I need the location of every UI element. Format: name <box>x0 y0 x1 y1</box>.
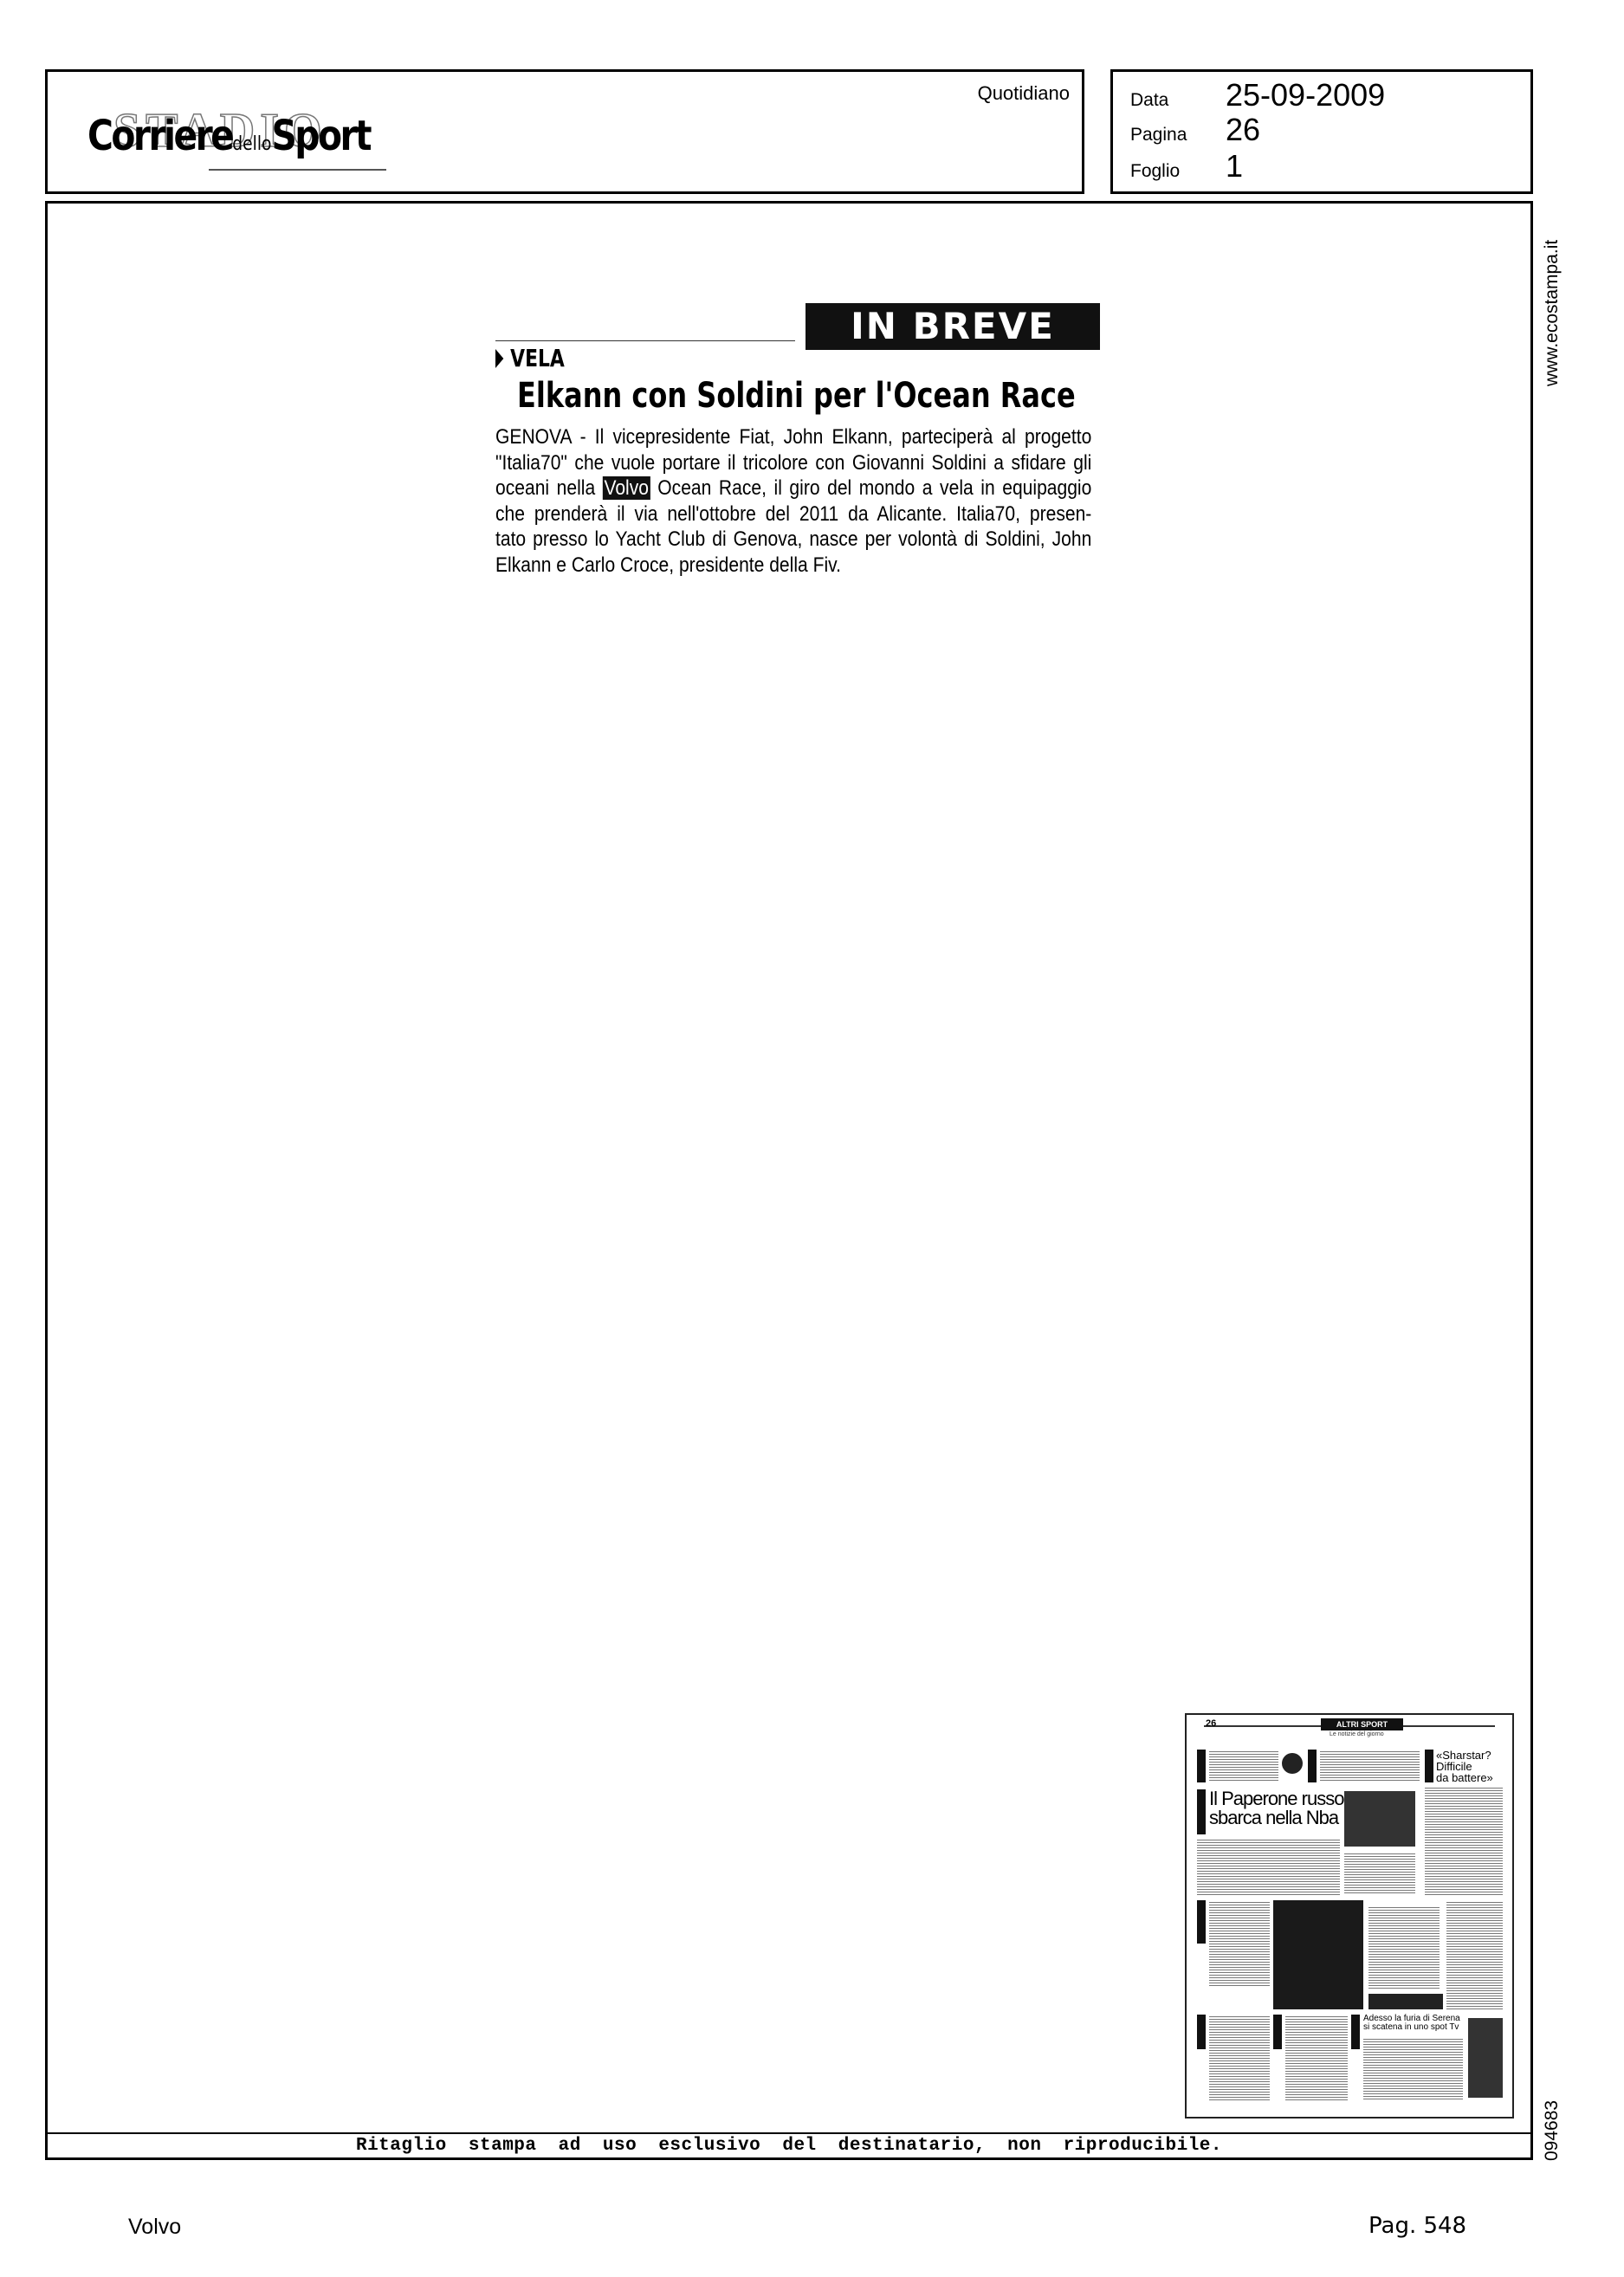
meta-row-pagina: Pagina 26 <box>1130 112 1260 148</box>
thumb-headline-line: Il Paperone russo <box>1209 1789 1343 1808</box>
thumb-tag <box>1308 1750 1317 1782</box>
article-headline: Elkann con Soldini per l'Ocean Race <box>517 376 1076 416</box>
thumb-text-block <box>1209 1750 1278 1782</box>
side-code-text: 094683 <box>1542 2100 1563 2161</box>
footer-divider <box>45 2132 1533 2134</box>
logo-corriere-dello-sport: CorrieredelloSport <box>87 112 370 160</box>
thumb-headline-line: sbarca nella Nba <box>1209 1808 1343 1827</box>
thumb-photo <box>1282 1753 1303 1774</box>
side-code: 094683 <box>1542 2057 1568 2161</box>
metadata-box: Data 25-09-2009 Pagina 26 Foglio 1 <box>1110 69 1533 194</box>
thumb-headline-line: da battere» <box>1436 1772 1493 1783</box>
body-line: tato presso lo Yacht Club di Genova, nas… <box>495 527 1091 553</box>
side-url: www.ecostampa.it <box>1542 204 1568 386</box>
thumb-headline-line: si scatena in uno spot Tv <box>1363 2023 1460 2032</box>
side-url-text: www.ecostampa.it <box>1542 240 1563 386</box>
thumb-headline-ippica: «Sharstar? Difficile da battere» <box>1436 1750 1493 1783</box>
thumb-tag <box>1197 1900 1206 1944</box>
logo-word-sport: Sport <box>271 112 370 160</box>
thumb-page-number: 26 <box>1206 1718 1216 1729</box>
meta-value-page: 26 <box>1226 112 1260 148</box>
thumb-text-block <box>1344 1852 1415 1895</box>
thumb-text-block <box>1209 2015 1270 2101</box>
thumb-text-block <box>1285 2015 1348 2101</box>
meta-row-data: Data 25-09-2009 <box>1130 77 1385 113</box>
thumb-text-block <box>1368 1905 1440 1989</box>
masthead-box: STADIO CorrieredelloSport Quotidiano <box>45 69 1084 194</box>
thumb-tag <box>1425 1750 1433 1782</box>
thumb-text-block <box>1197 1838 1340 1895</box>
thumb-text-block <box>1446 1900 1503 2009</box>
thumb-photo <box>1344 1791 1415 1847</box>
thumb-text-block <box>1425 1786 1503 1895</box>
thumb-text-block <box>1209 1900 1270 1987</box>
page-thumbnail: 26 ALTRI SPORT Le notizie del giorno «Sh… <box>1185 1713 1514 2119</box>
thumb-tag <box>1197 1750 1206 1782</box>
body-line: Elkann e Carlo Croce, presidente della F… <box>495 553 1091 579</box>
newspaper-logo: STADIO CorrieredelloSport <box>87 107 373 167</box>
thumb-section-banner: ALTRI SPORT <box>1321 1718 1403 1730</box>
thumb-tag <box>1197 1789 1206 1834</box>
meta-label: Data <box>1130 90 1226 111</box>
usage-notice: Ritaglio stampa ad uso esclusivo del des… <box>45 2136 1533 2156</box>
triangle-bullet-icon <box>495 349 503 368</box>
body-line: GENOVA - Il vicepresidente Fiat, John El… <box>495 424 1091 450</box>
body-line: oceani nella Volvo Ocean Race, il giro d… <box>495 475 1091 501</box>
section-banner: IN BREVE <box>806 303 1100 350</box>
logo-underline <box>209 169 386 171</box>
meta-label: Pagina <box>1130 125 1226 146</box>
article-body: GENOVA - Il vicepresidente Fiat, John El… <box>495 424 1093 578</box>
meta-value-date: 25-09-2009 <box>1226 77 1385 113</box>
section-rule <box>495 340 795 341</box>
thumb-headline-main: Il Paperone russo sbarca nella Nba <box>1209 1789 1343 1827</box>
thumb-ad <box>1468 2018 1503 2098</box>
thumb-text-block <box>1320 1750 1420 1782</box>
thumb-tag <box>1273 2015 1282 2049</box>
thumb-box <box>1368 1994 1443 2009</box>
thumb-headline-tennis: Adesso la furia di Serena si scatena in … <box>1363 2015 1460 2032</box>
meta-row-foglio: Foglio 1 <box>1130 148 1243 184</box>
client-name: Volvo <box>128 2215 181 2240</box>
body-text: Ocean Race, il giro del mondo a vela in … <box>650 476 1092 500</box>
thumb-text-block <box>1363 2037 1463 2101</box>
meta-value-sheet: 1 <box>1226 148 1243 184</box>
body-line: "Italia70" che vuole portare il tricolor… <box>495 450 1091 476</box>
logo-word-corriere: Corriere <box>87 112 232 160</box>
thumb-tag <box>1351 2015 1360 2049</box>
article-category: VELA <box>495 344 565 372</box>
keyword-highlight: Volvo <box>603 476 650 500</box>
thumb-photo <box>1273 1900 1363 2009</box>
page-counter: Pag. 548 <box>1368 2213 1466 2239</box>
logo-word-dello: dello <box>232 133 271 155</box>
publication-type: Quotidiano <box>978 82 1070 105</box>
body-line: che prenderà il via nell'ottobre del 201… <box>495 501 1091 527</box>
thumb-subtitle: Le notizie del giorno <box>1330 1731 1384 1737</box>
thumb-tag <box>1197 2015 1206 2049</box>
category-label: VELA <box>510 344 565 372</box>
body-text: oceani nella <box>495 476 603 500</box>
meta-label: Foglio <box>1130 161 1226 182</box>
